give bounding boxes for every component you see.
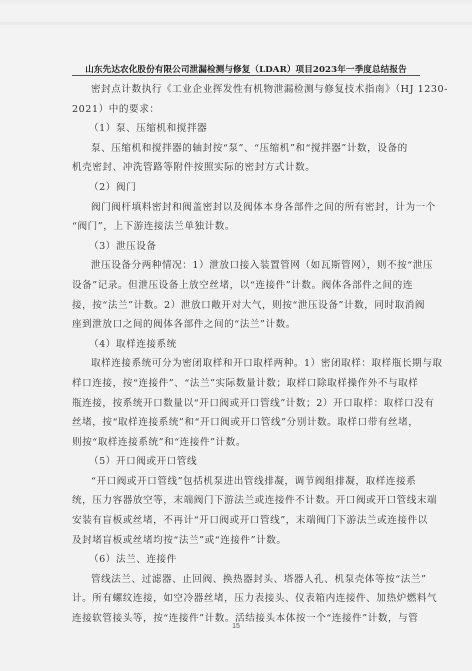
text-line: 及封堵盲板或丝堵均按“法兰”或“连接件”计数。: [72, 531, 420, 551]
text-line: “阀门”，上下游连接法兰单独计数。: [72, 217, 420, 237]
text-line: 管线法兰、过滤器、止回阀、换热器封头、塔器人孔、机泵壳体等按“法兰”: [72, 570, 420, 590]
text-line: 接，按“法兰”计数。2）泄放口敞开对大气，则按“泄压设备”计数，同时取消阀: [72, 296, 420, 316]
running-header: 山东先达农化股份有限公司泄漏检测与修复（LDAR）项目2023年一季度总结报告: [72, 63, 420, 75]
section-heading: （3）泄压设备: [72, 237, 420, 257]
document-page: 山东先达农化股份有限公司泄漏检测与修复（LDAR）项目2023年一季度总结报告 …: [0, 0, 472, 671]
text-line: 泵、压缩机和搅拌器的轴封按“泵”、“压缩机”和“搅拌器”计数，设备的: [72, 139, 420, 159]
section-heading: （6）法兰、连接件: [72, 550, 420, 570]
text-line: 样口连接，按“连接件”、“法兰”实际数量计数；取样口除取样操作外不与取样: [72, 374, 420, 394]
text-line: 机壳密封、冲洗管路等附件按照实际的密封方式计数。: [72, 158, 420, 178]
header-divider: [72, 75, 420, 76]
text-line: 则按“取样连接系统”和“连接件”计数。: [72, 433, 420, 453]
page-number: 15: [0, 623, 472, 630]
scan-artifact: [0, 22, 472, 25]
text-line: 泄压设备分两种情况：1）泄放口接入装置管网（如瓦斯管网），则不按“泄压: [72, 256, 420, 276]
section-heading: （2）阀门: [72, 178, 420, 198]
text-line: 计。所有螺纹连接，如空冷器丝堵，压力表接头、仪表箱内连接件、加热炉燃料气: [72, 589, 420, 609]
text-line: 阀门阀杆填料密封和阀盖密封以及阀体本身各部件之间的所有密封，计为一个: [72, 198, 420, 218]
section-heading: （1）泵、压缩机和搅拌器: [72, 119, 420, 139]
body-text: 密封点计数执行《工业企业挥发性有机物泄漏检测与修复技术指南》（HJ 1230-2…: [72, 80, 420, 629]
text-line: 安装有盲板或丝堵，不再计“开口阀或开口管线”，末端阀门下游法兰或连接件以: [72, 511, 420, 531]
section-heading: （5）开口阀或开口管线: [72, 452, 420, 472]
text-line: 座到泄放口之间的阀体各部件之间的“法兰”计数。: [72, 315, 420, 335]
text-line: 密封点计数执行《工业企业挥发性有机物泄漏检测与修复技术指南》（HJ 1230-: [72, 80, 420, 100]
text-line: 2021）中的要求：: [72, 100, 420, 120]
text-line: 统，压力容器放空等，末端阀门下游法兰或连接件不计数。开口阀或开口管线末端: [72, 491, 420, 511]
text-line: 取样连接系统可分为密闭取样和开口取样两种。1）密闭取样：取样瓶长期与取: [72, 354, 420, 374]
text-line: 瓶连接，按系统开口数量以“开口阀或开口管线”计数；2）开口取样：取样口没有: [72, 394, 420, 414]
text-line: 丝堵，按“取样连接系统”和“开口阀或开口管线”分别计数。取样口带有丝堵，: [72, 413, 420, 433]
text-line: 设备”记录。但泄压设备上放空丝堵，以“连接件”计数。阀体各部件之间的连: [72, 276, 420, 296]
section-heading: （4）取样连接系统: [72, 335, 420, 355]
text-line: “开口阀或开口管线”包括机泵进出管线排凝，调节阀组排凝，取样连接系: [72, 472, 420, 492]
